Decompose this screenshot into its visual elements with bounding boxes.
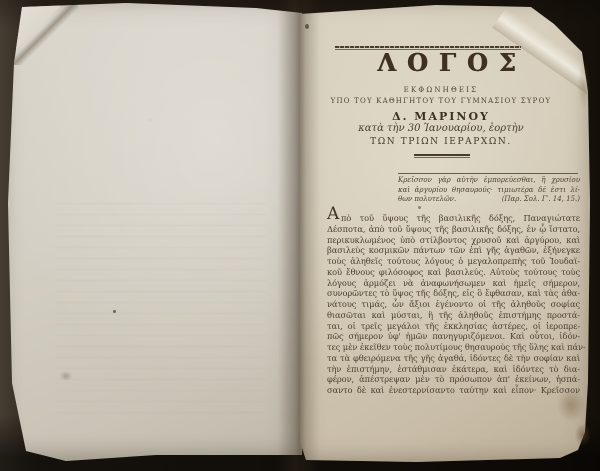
body-line: τες μὲν ἐκεῖθεν τοὺς πολυτίμους θησαυροὺ… [327, 342, 580, 353]
body-line: περικυκλωμένος ὑπὸ στίλβοντος χρυσοῦ καὶ… [327, 235, 580, 246]
body-line: τα τὰ φθειρόμενα τῆς γῆς ἀγαθά, ἰδόντες … [327, 353, 580, 364]
body-text: Α πὸ τοῦ ὕψους τῆς βασιλικῆς δόξης, Πανα… [327, 213, 580, 396]
body-line: κοῦ ἔθνους φιλόσοφος καὶ βασιλεύς. Αὐτοὺ… [327, 267, 580, 278]
body-line: βασιλεὺς κοσμικῶν πάντων τῶν ἐπὶ γῆς ἀγα… [327, 245, 580, 256]
author-name: Δ. ΜΑΡΙΝΟΥ [326, 110, 556, 123]
body-line: σαντο δὲ καὶ ἐνεστερνίσαντο ταύτην καὶ ε… [327, 385, 580, 396]
body-line: Δέσποτα, ἀπὸ τοῦ ὕψους τῆς βασιλικῆς δόξ… [327, 224, 580, 235]
text-showthrough [56, 203, 266, 413]
short-divider-rule [414, 154, 470, 158]
epigraph-line: θων πολυτελῶν. (Παρ. Σολ. Γ′. 14, 15.) [398, 195, 580, 205]
folded-corner [6, 3, 70, 61]
body-line: πῶς σήμερον ὑφ' ἡμῶν πανηγυριζόμενοι. Κα… [327, 331, 580, 342]
epigraph: Κρεῖσσον γὰρ αὐτὴν ἐμπορεύεσθαι, ἢ χρυσί… [398, 176, 580, 205]
epigraph-line: καὶ ἀργυρίου θησαυρούς· τιμιωτέρα δέ ἐστ… [398, 186, 580, 196]
body-line: θιασῶται καὶ μύσται, ἢ τῆς ἀληθοῦς ἐπιστ… [327, 310, 580, 321]
subtitle-line-2: ΥΠΟ ΤΟΥ ΚΑΘΗΓΗΤΟΥ ΤΟΥ ΓΥΜΝΑΣΙΟΥ ΣΥΡΟΥ [326, 97, 556, 105]
epigraph-text-end: θων πολυτελῶν. [398, 195, 456, 205]
body-line: τοὺς ἀληθεῖς τούτους λόγους ὁ μεγαλοπρεπ… [327, 256, 580, 267]
body-line: ται, οἱ τρεῖς μεγάλοι τῆς ἐκκλησίας ἀστέ… [327, 321, 580, 332]
raised-initial-cap: Α [327, 209, 339, 220]
date-line: κατὰ τὴν 30 Ἰανουαρίου, ἑορτὴν [326, 123, 556, 134]
epigraph-line: Κρεῖσσον γὰρ αὐτὴν ἐμπορεύεσθαι, ἢ χρυσί… [398, 176, 580, 186]
left-blank-page [6, 3, 302, 461]
printed-content: ΛΟΓΟΣ ΕΚΦΩΝΗΘΕΙΣ ΥΠΟ ΤΟΥ ΚΑΘΗΓΗΤΟΥ ΤΟΥ Γ… [296, 2, 594, 466]
body-line: νάτους τιμάς, ὧν ἄξιοι ἐγένοντο οἱ τῆς ἀ… [327, 299, 580, 310]
feast-line: ΤΩΝ ΤΡΙΩΝ ΙΕΡΑΡΧΩΝ. [326, 137, 556, 147]
body-line: λόγους ἁρμόζει νὰ ἀναφωνήσωμεν καὶ ἡμεῖς… [327, 278, 580, 289]
epigraph-citation: (Παρ. Σολ. Γ′. 14, 15.) [502, 195, 580, 205]
body-line: πὸ τοῦ ὕψους τῆς βασιλικῆς δόξης, Παναγι… [327, 213, 580, 224]
body-line: τὴν ἐπιστήμην, ἐστάθμισαν ἑκάτερα, καὶ ἰ… [327, 364, 580, 375]
body-line: φέρον, ἀπέστρεψαν μὲν τὸ πρόσωπον ἀπ' ἐκ… [327, 374, 580, 385]
photo-of-open-pamphlet: { "document": { "title": "ΛΟΓΟΣ", "subti… [0, 0, 600, 471]
subtitle-line-1: ΕΚΦΩΝΗΘΕΙΣ [326, 86, 556, 94]
epigraph-rule [398, 173, 578, 174]
body-line: συνορῶντες τὸ ὕψος τῆς δόξης, εἰς ὃ ἔφθα… [327, 288, 580, 299]
page-title: ΛΟΓΟΣ [326, 50, 567, 76]
